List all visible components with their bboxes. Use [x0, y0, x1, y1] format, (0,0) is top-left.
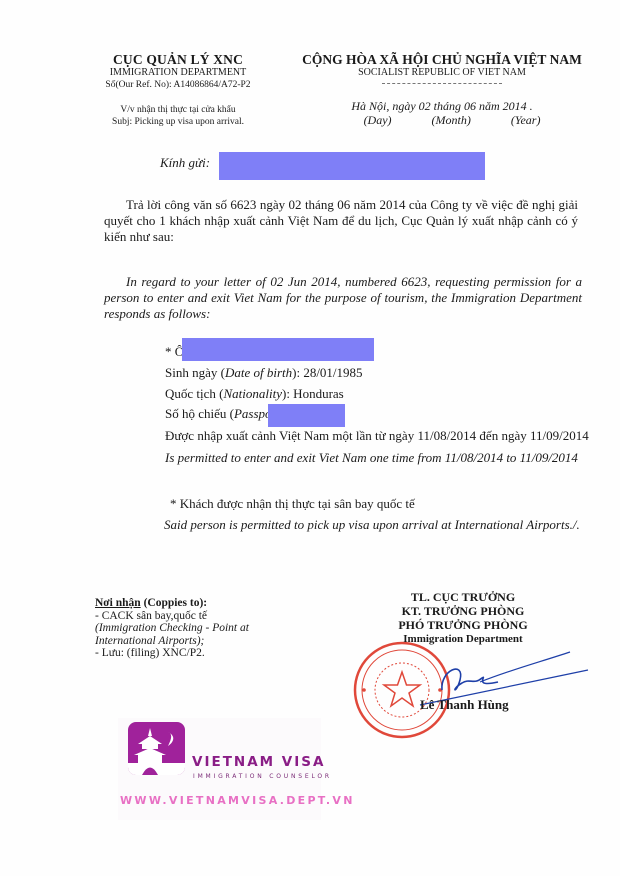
recipients-title: Nơi nhận (Coppies to): [95, 597, 285, 610]
dob-value: ): 28/01/1985 [292, 365, 362, 380]
signatory-line-3: PHÓ TRƯỞNG PHÒNG [378, 618, 548, 632]
signer-name: Lê Thanh Hùng [420, 697, 509, 713]
redacted-addressee [219, 152, 485, 180]
subject-vi: V/v nhận thị thực tại cửa khẩu [88, 104, 268, 116]
issuer-header: CỤC QUẢN LÝ XNC IMMIGRATION DEPARTMENT S… [88, 52, 268, 128]
permit-period-vi: Được nhập xuất cảnh Việt Nam một lần từ … [165, 427, 589, 444]
recipients-title-en: (Coppies to): [141, 597, 207, 609]
signatory-department: Immigration Department [378, 632, 548, 646]
note-vi: * Khách được nhận thị thực tại sân bay q… [170, 496, 415, 512]
permit-period-en: Is permitted to enter and exit Viet Nam … [165, 449, 578, 466]
signatory-line-2: KT. TRƯỞNG PHÒNG [378, 604, 548, 618]
dob-label-en: Date of birth [225, 365, 292, 380]
agency-name: CỤC QUẢN LÝ XNC [88, 52, 268, 67]
date-label-day: (Day) [364, 113, 392, 127]
pagoda-logo-icon [128, 722, 185, 775]
nationality-label-vi: Quốc tịch ( [165, 386, 223, 401]
signatory-line-1: TL. CỤC TRƯỞNG [378, 590, 548, 604]
nationality-label-en: Nationality [223, 386, 282, 401]
redacted-name [182, 338, 374, 361]
passport-label-vi: Số hộ chiếu ( [165, 406, 234, 421]
header-divider [382, 83, 502, 84]
republic-title: CỘNG HÒA XÃ HỘI CHỦ NGHĨA VIỆT NAM [292, 52, 592, 67]
recipients-block: Nơi nhận (Coppies to): - CACK sân bay,qu… [95, 597, 285, 660]
recipient-line-3: - Lưu: (filing) XNC/P2. [95, 647, 285, 660]
nationality-value: ): Honduras [282, 386, 344, 401]
logo-title: VIETNAM VISA [192, 754, 325, 770]
redacted-passport-number [268, 404, 345, 427]
subject-en: Subj: Picking up visa upon arrival. [88, 116, 268, 128]
logo-url: WWW.VIETNAMVISA.DEPT.VN [120, 794, 355, 807]
logo-subtitle: IMMIGRATION COUNSELOR [193, 773, 332, 780]
signatory-block: TL. CỤC TRƯỞNG KT. TRƯỞNG PHÒNG PHÓ TRƯỞ… [378, 590, 548, 646]
date-label-month: (Month) [432, 113, 471, 127]
recipient-line-2: (Immigration Checking - Point at Interna… [95, 622, 285, 647]
date-labels: (Day) (Month) (Year) [292, 113, 592, 127]
recipient-line-1: - CACK sân bay,quốc tế [95, 610, 285, 623]
greeting-label: Kính gửi: [160, 155, 210, 171]
body-paragraph-vi: Trả lời công văn số 6623 ngày 02 tháng 0… [104, 197, 578, 245]
issue-date: Hà Nội, ngày 02 tháng 06 năm 2014 . [292, 99, 592, 113]
reference-number: Số(Our Ref. No): A14086864/A72-P2 [88, 79, 268, 91]
field-nationality: Quốc tịch (Nationality): Honduras [165, 385, 344, 402]
dob-label-vi: Sinh ngày ( [165, 365, 225, 380]
body-paragraph-en: In regard to your letter of 02 Jun 2014,… [104, 274, 582, 322]
note-en: Said person is permitted to pick up visa… [164, 517, 580, 533]
field-date-of-birth: Sinh ngày (Date of birth): 28/01/1985 [165, 364, 363, 381]
date-label-year: (Year) [511, 113, 541, 127]
agency-name-en: IMMIGRATION DEPARTMENT [88, 67, 268, 79]
republic-title-en: SOCIALIST REPUBLIC OF VIET NAM [292, 67, 592, 79]
republic-header: CỘNG HÒA XÃ HỘI CHỦ NGHĨA VIỆT NAM SOCIA… [292, 52, 592, 127]
recipients-title-vi: Nơi nhận [95, 597, 141, 609]
